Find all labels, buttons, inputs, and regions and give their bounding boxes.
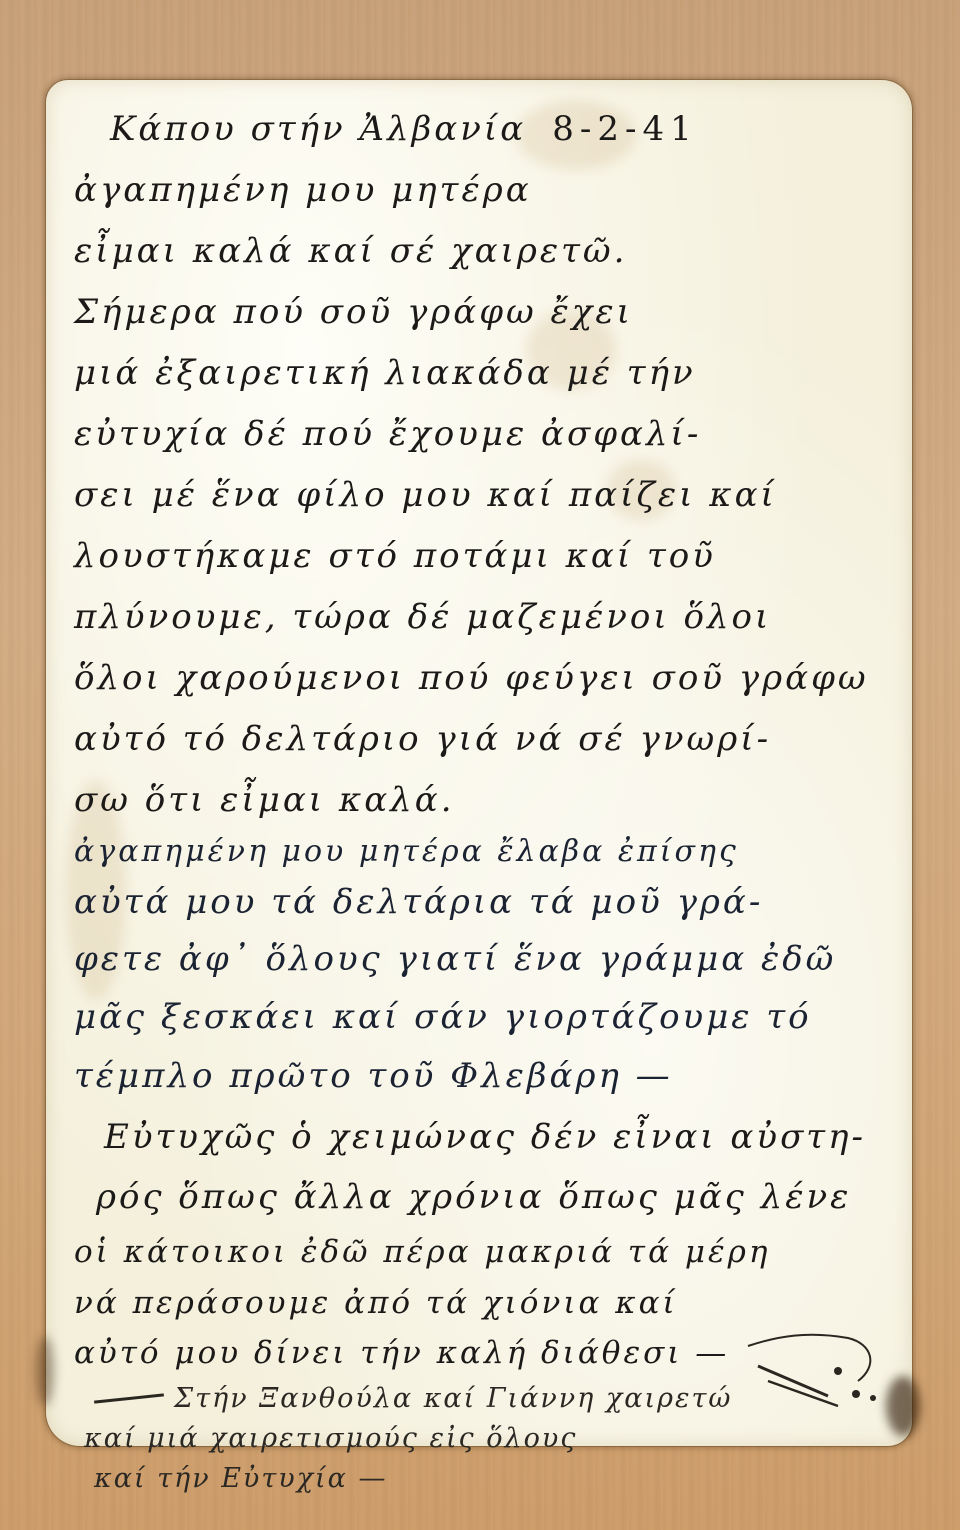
handwritten-text: Κάπου στήν Ἀλβανία 8-2-41 ἀγαπημένη μου … <box>74 98 892 1498</box>
closing-line: καί τήν Εὐτυχία — <box>74 1458 892 1498</box>
letter-line: ἀγαπημένη μου μητέρα ἔλαβα ἐπίσης <box>74 830 892 874</box>
pen-stroke <box>94 1393 164 1403</box>
closing-line: καί μιά χαιρετισμούς εἰς ὅλους <box>74 1418 892 1458</box>
letter-paper: Κάπου στήν Ἀλβανία 8-2-41 ἀγαπημένη μου … <box>46 80 912 1446</box>
letter-line: σει μέ ἕνα φίλο μου καί παίζει καί <box>74 464 892 525</box>
letter-line: ὅλοι χαρούμενοι πού φεύγει σοῦ γράφω <box>74 647 892 708</box>
closing-text: Στήν Ξανθούλα καί Γιάννη χαιρετώ <box>174 1385 732 1412</box>
letter-line: εἶμαι καλά καί σέ χαιρετῶ. <box>74 220 892 281</box>
letter-line: Εὐτυχῶς ὁ χειμώνας δέν εἶναι αὐστη- <box>74 1106 892 1168</box>
burnt-edge <box>36 1336 54 1406</box>
letter-line: νά περάσουμε ἀπό τά χιόνια καί <box>74 1278 892 1328</box>
letter-line: αὐτά μου τά δελτάρια τά μοῦ γρά- <box>74 874 892 930</box>
letter-line: τέμπλο πρῶτο τοῦ Φλεβάρη — <box>74 1046 892 1106</box>
date-text: 8-2-41 <box>552 112 698 146</box>
letter-line: λουστήκαμε στό ποτάμι καί τοῦ <box>74 525 892 586</box>
letter-line: πλύνουμε, τώρα δέ μαζεμένοι ὅλοι <box>74 586 892 647</box>
letter-line: σω ὅτι εἶμαι καλά. <box>74 769 892 830</box>
letter-line: μιά ἐξαιρετική λιακάδα μέ τήν <box>74 342 892 403</box>
letter-line: ἀγαπημένη μου μητέρα <box>74 159 892 220</box>
letter-line: Σήμερα πού σοῦ γράφω ἔχει <box>74 281 892 342</box>
letter-header: Κάπου στήν Ἀλβανία 8-2-41 <box>74 98 892 159</box>
letter-line: μᾶς ξεσκάει καί σάν γιορτάζουμε τό <box>74 988 892 1046</box>
letter-line: εὐτυχία δέ πού ἔχουμε ἀσφαλί- <box>74 403 892 464</box>
letter-line: φετε ἀφ᾿ ὅλους γιατί ἕνα γράμμα ἐδῶ <box>74 930 892 988</box>
place-text: Κάπου στήν Ἀλβανία <box>110 112 526 146</box>
letter-line: οἱ κάτοικοι ἐδῶ πέρα μακριά τά μέρη <box>74 1226 892 1278</box>
letter-line: ρός ὅπως ἄλλα χρόνια ὅπως μᾶς λένε <box>74 1168 892 1226</box>
signature-flourish <box>738 1326 888 1416</box>
letter-line: αὐτό τό δελτάριο γιά νά σέ γνωρί- <box>74 708 892 769</box>
closing-text: καί τήν Εὐτυχία — <box>94 1465 387 1492</box>
